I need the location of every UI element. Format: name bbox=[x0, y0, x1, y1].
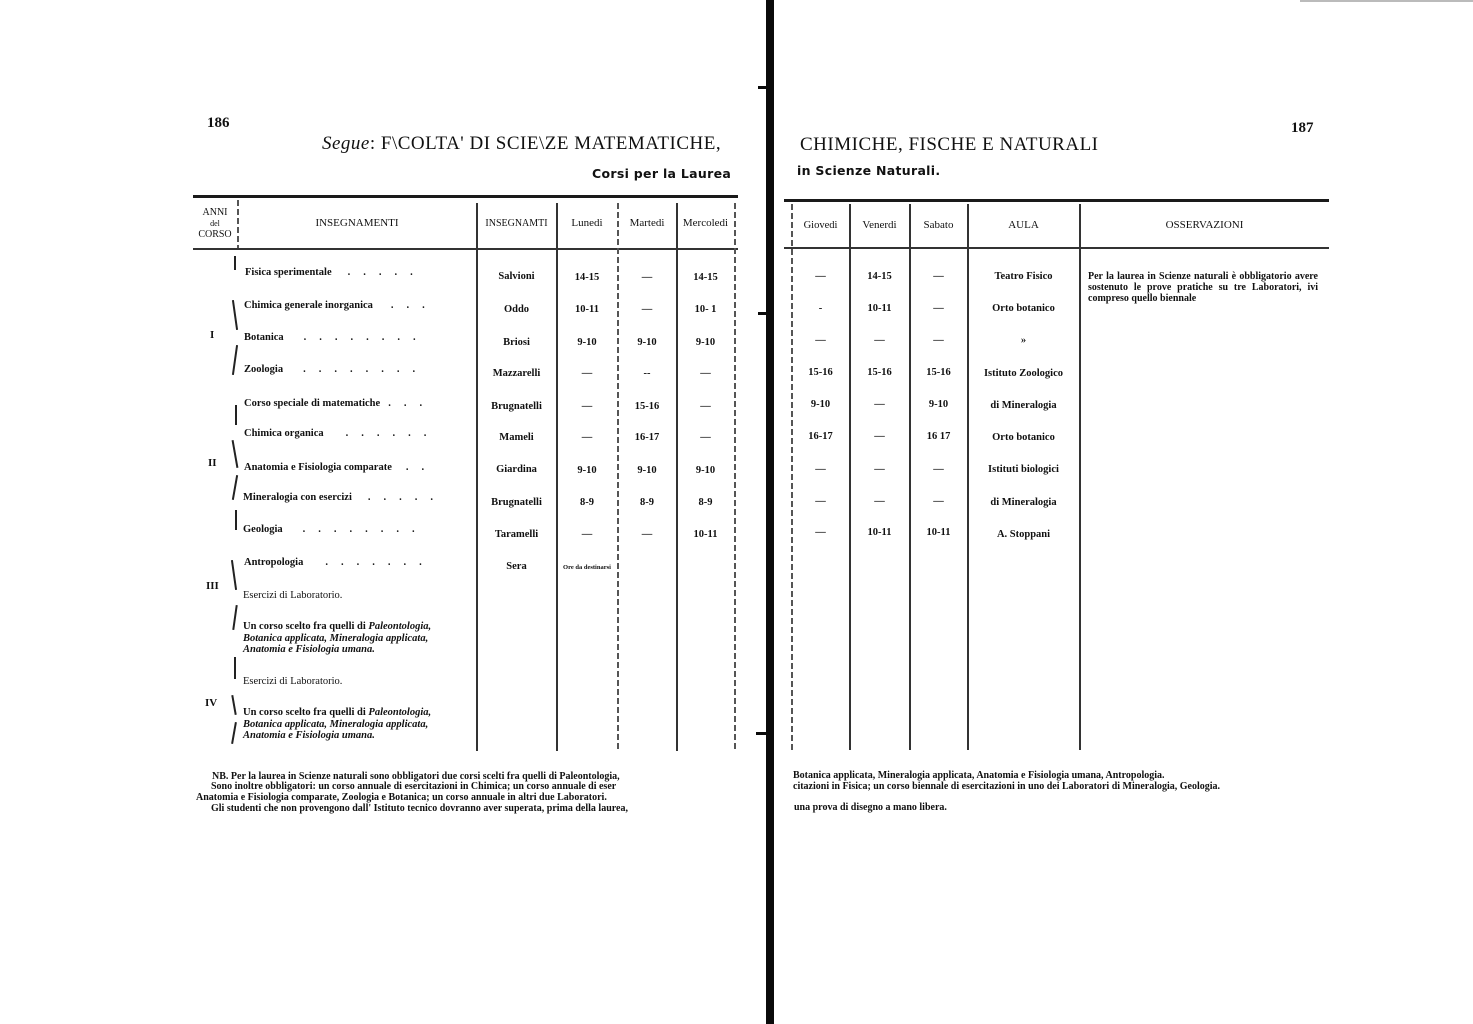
lunedi-cell: — bbox=[557, 432, 617, 443]
venerdi-cell: — bbox=[850, 496, 909, 507]
mercoledi-cell: — bbox=[677, 432, 734, 443]
col-divider bbox=[617, 203, 619, 751]
elective-line: Un corso scelto fra quelli di Paleontolo… bbox=[243, 621, 431, 633]
lunedi-cell: 9-10 bbox=[557, 465, 617, 476]
venerdi-cell: 10-11 bbox=[850, 527, 909, 538]
aula-cell: A. Stoppani bbox=[968, 529, 1079, 540]
giovedi-cell: - bbox=[792, 303, 849, 314]
elective-line: Anatomia e Fisiologia umana. bbox=[243, 644, 431, 656]
course-label: Corso speciale di matematiche bbox=[244, 398, 380, 409]
brace-mark bbox=[232, 300, 238, 330]
col-divider bbox=[909, 204, 911, 750]
book-spine bbox=[766, 0, 774, 1024]
lab-exercises-iv: Esercizi di Laboratorio. bbox=[243, 676, 342, 687]
giovedi-cell: — bbox=[792, 527, 849, 538]
aula-cell: Orto botanico bbox=[968, 303, 1079, 314]
spine-mark bbox=[756, 732, 766, 735]
header-bottom-rule bbox=[193, 248, 738, 250]
sabato-cell: 16 17 bbox=[910, 431, 967, 442]
col-divider bbox=[676, 203, 678, 751]
title-italic: Segue bbox=[322, 133, 370, 154]
martedi-cell: 15-16 bbox=[618, 401, 676, 412]
elective-text: Un corso scelto fra quelli di bbox=[243, 621, 368, 632]
lunedi-cell: 14-15 bbox=[557, 272, 617, 283]
leader-dots: ..... bbox=[368, 492, 446, 503]
mercoledi-cell: 10-11 bbox=[677, 529, 734, 540]
sabato-cell: — bbox=[910, 464, 967, 475]
mercoledi-cell: 9-10 bbox=[677, 465, 734, 476]
course-name: Mineralogia con esercizi..... bbox=[243, 492, 446, 503]
sabato-cell: 10-11 bbox=[910, 527, 967, 538]
header-anni-line2: del bbox=[210, 218, 220, 229]
sabato-cell: — bbox=[910, 303, 967, 314]
brace-mark bbox=[234, 256, 236, 270]
header-mercoledi: Mercoledi bbox=[677, 200, 734, 246]
year-label-iv: IV bbox=[205, 697, 217, 709]
brace-mark bbox=[231, 722, 237, 744]
course-name: Zoologia........ bbox=[244, 364, 428, 375]
mercoledi-cell: — bbox=[677, 401, 734, 412]
sabato-cell: — bbox=[910, 271, 967, 282]
header-lunedi: Lunedi bbox=[557, 200, 617, 246]
mercoledi-cell: 8-9 bbox=[677, 497, 734, 508]
elective-italic: Botanica applicata, Mineralogia applicat… bbox=[243, 633, 428, 644]
leader-dots: ....... bbox=[325, 557, 434, 568]
course-label: Fisica sperimentale bbox=[245, 267, 332, 278]
brace-mark bbox=[231, 695, 236, 715]
martedi-cell: — bbox=[618, 529, 676, 540]
header-aula: AULA bbox=[968, 204, 1079, 246]
teacher-cell: Mazzarelli bbox=[477, 368, 556, 379]
brace-mark bbox=[232, 345, 238, 375]
leader-dots: ... bbox=[391, 300, 438, 311]
lunedi-cell: 8-9 bbox=[557, 497, 617, 508]
mercoledi-cell: 14-15 bbox=[677, 272, 734, 283]
table-top-rule bbox=[193, 195, 738, 198]
footnote-right-line1: Botanica applicata, Mineralogia applicat… bbox=[793, 770, 1165, 781]
lunedi-cell: Ore da destinarsi bbox=[557, 564, 617, 571]
subtitle-left: Corsi per la Laurea bbox=[592, 166, 731, 181]
header-osservazioni: OSSERVAZIONI bbox=[1080, 204, 1329, 246]
course-name: Antropologia....... bbox=[244, 557, 435, 568]
leader-dots: ..... bbox=[348, 267, 426, 278]
lunedi-cell: 10-11 bbox=[557, 304, 617, 315]
scan-edge bbox=[1300, 0, 1473, 2]
page-number-right: 187 bbox=[1291, 120, 1314, 137]
brace-mark bbox=[235, 405, 237, 425]
teacher-cell: Mameli bbox=[477, 432, 556, 443]
year-label-i: I bbox=[210, 329, 214, 341]
elective-course-iv: Un corso scelto fra quelli di Paleontolo… bbox=[243, 707, 431, 742]
year-label-ii: II bbox=[208, 457, 217, 469]
col-divider bbox=[556, 203, 558, 751]
spine-mark bbox=[758, 86, 768, 89]
elective-line: Anatomia e Fisiologia umana. bbox=[243, 730, 431, 742]
venerdi-cell: 10-11 bbox=[850, 303, 909, 314]
brace-mark bbox=[232, 605, 237, 630]
teacher-cell: Brugnatelli bbox=[477, 401, 556, 412]
header-sabato: Sabato bbox=[910, 204, 967, 246]
header-bottom-rule bbox=[784, 247, 1329, 249]
aula-cell: di Mineralogia bbox=[968, 497, 1079, 508]
header-anni-del-corso: ANNI del CORSO bbox=[193, 200, 237, 246]
venerdi-cell: — bbox=[850, 464, 909, 475]
giovedi-cell: — bbox=[792, 271, 849, 282]
martedi-cell: — bbox=[618, 304, 676, 315]
giovedi-cell: 16-17 bbox=[792, 431, 849, 442]
elective-italic: Anatomia e Fisiologia umana. bbox=[243, 644, 375, 655]
venerdi-cell: 14-15 bbox=[850, 271, 909, 282]
elective-line: Botanica applicata, Mineralogia applicat… bbox=[243, 633, 431, 645]
brace-mark bbox=[234, 657, 236, 679]
course-label: Mineralogia con esercizi bbox=[243, 492, 352, 503]
elective-course-iii: Un corso scelto fra quelli di Paleontolo… bbox=[243, 621, 431, 656]
teacher-cell: Salvioni bbox=[477, 271, 556, 282]
elective-italic: Anatomia e Fisiologia umana. bbox=[243, 730, 375, 741]
course-name: Geologia........ bbox=[243, 524, 428, 535]
course-name: Botanica........ bbox=[244, 332, 429, 343]
course-name: Chimica generale inorganica... bbox=[244, 300, 438, 311]
course-label: Zoologia bbox=[244, 364, 283, 375]
course-label: Botanica bbox=[244, 332, 284, 343]
mercoledi-cell: 10- 1 bbox=[677, 304, 734, 315]
venerdi-cell: 15-16 bbox=[850, 367, 909, 378]
giovedi-cell: 15-16 bbox=[792, 367, 849, 378]
elective-italic: Botanica applicata, Mineralogia applicat… bbox=[243, 719, 428, 730]
header-venerdi: Venerdi bbox=[850, 204, 909, 246]
teacher-cell: Taramelli bbox=[477, 529, 556, 540]
footnote-left-line3: Anatomia e Fisiologia comparate, Zoologi… bbox=[196, 792, 607, 803]
aula-cell: Istituti biologici bbox=[968, 464, 1079, 475]
teacher-cell: Oddo bbox=[477, 304, 556, 315]
mercoledi-cell: 9-10 bbox=[677, 337, 734, 348]
leader-dots: ........ bbox=[304, 332, 429, 343]
mercoledi-cell: — bbox=[677, 368, 734, 379]
brace-mark bbox=[232, 440, 239, 468]
sabato-cell: 15-16 bbox=[910, 367, 967, 378]
footnote-right-line3: una prova di disegno a mano libera. bbox=[794, 802, 947, 813]
martedi-cell: 16-17 bbox=[618, 432, 676, 443]
giovedi-cell: — bbox=[792, 496, 849, 507]
martedi-cell: 8-9 bbox=[618, 497, 676, 508]
footnote-right-line2: citazioni in Fisica; un corso biennale d… bbox=[793, 781, 1220, 792]
leader-dots: ........ bbox=[303, 524, 428, 535]
lunedi-cell: 9-10 bbox=[557, 337, 617, 348]
sabato-cell: — bbox=[910, 335, 967, 346]
venerdi-cell: — bbox=[850, 399, 909, 410]
aula-cell: Istituto Zoologico bbox=[968, 368, 1079, 379]
lunedi-cell: — bbox=[557, 401, 617, 412]
aula-cell: » bbox=[968, 335, 1079, 346]
brace-mark bbox=[232, 475, 238, 500]
sabato-cell: 9-10 bbox=[910, 399, 967, 410]
course-name: Corso speciale di matematiche... bbox=[244, 398, 435, 409]
page-title-right: CHIMICHE, FISCHE E NATURALI bbox=[800, 134, 1099, 156]
giovedi-cell: — bbox=[792, 335, 849, 346]
martedi-cell: 9-10 bbox=[618, 465, 676, 476]
sabato-cell: — bbox=[910, 496, 967, 507]
header-anni-line3: CORSO bbox=[198, 229, 231, 240]
teacher-cell: Sera bbox=[477, 561, 556, 572]
header-insegnanti: INSEGNAMTI bbox=[477, 200, 556, 246]
course-name: Fisica sperimentale..... bbox=[245, 267, 426, 278]
course-name: Chimica organica...... bbox=[244, 428, 439, 439]
elective-text: Un corso scelto fra quelli di bbox=[243, 707, 368, 718]
table-top-rule bbox=[784, 199, 1329, 202]
footnote-left-line4: Gli studenti che non provengono dall' Is… bbox=[211, 803, 628, 814]
course-label: Antropologia bbox=[244, 557, 303, 568]
aula-cell: di Mineralogia bbox=[968, 400, 1079, 411]
giovedi-cell: 9-10 bbox=[792, 399, 849, 410]
leader-dots: ...... bbox=[346, 428, 440, 439]
page-title-left: Segue: F\COLTA' DI SCIE\ZE MATEMATICHE, bbox=[322, 133, 721, 155]
col-divider bbox=[1079, 204, 1081, 750]
col-divider bbox=[476, 203, 478, 751]
title-rest: : F\COLTA' DI SCIE\ZE MATEMATICHE, bbox=[370, 133, 721, 154]
course-label: Geologia bbox=[243, 524, 283, 535]
martedi-cell: — bbox=[618, 272, 676, 283]
teacher-cell: Briosi bbox=[477, 337, 556, 348]
lab-exercises-iii: Esercizi di Laboratorio. bbox=[243, 590, 342, 601]
header-insegnamenti: INSEGNAMENTI bbox=[238, 200, 476, 246]
venerdi-cell: — bbox=[850, 335, 909, 346]
martedi-cell: -- bbox=[618, 368, 676, 379]
leader-dots: .. bbox=[406, 462, 437, 473]
martedi-cell: 9-10 bbox=[618, 337, 676, 348]
header-anni-line1: ANNI bbox=[203, 207, 228, 218]
brace-mark bbox=[235, 510, 237, 530]
col-divider bbox=[734, 203, 736, 751]
course-label: Anatomia e Fisiologia comparate bbox=[244, 462, 392, 473]
col-divider bbox=[849, 204, 851, 750]
giovedi-cell: — bbox=[792, 464, 849, 475]
aula-cell: Teatro Fisico bbox=[968, 271, 1079, 282]
aula-cell: Orto botanico bbox=[968, 432, 1079, 443]
elective-line: Un corso scelto fra quelli di Paleontolo… bbox=[243, 707, 431, 719]
observation-note: Per la laurea in Scienze naturali è obbl… bbox=[1088, 271, 1318, 304]
teacher-cell: Giardina bbox=[477, 464, 556, 475]
elective-line: Botanica applicata, Mineralogia applicat… bbox=[243, 719, 431, 731]
spine-mark bbox=[758, 312, 768, 315]
year-label-iii: III bbox=[206, 580, 219, 592]
page-number-left: 186 bbox=[207, 115, 230, 132]
col-divider bbox=[791, 204, 793, 750]
elective-italic: Paleontologia, bbox=[368, 621, 431, 632]
header-giovedi: Giovedi bbox=[792, 204, 849, 246]
leader-dots: ... bbox=[388, 398, 435, 409]
venerdi-cell: — bbox=[850, 431, 909, 442]
lunedi-cell: — bbox=[557, 529, 617, 540]
leader-dots: ........ bbox=[303, 364, 428, 375]
subtitle-right: in Scienze Naturali. bbox=[797, 163, 940, 178]
lunedi-cell: — bbox=[557, 368, 617, 379]
elective-italic: Paleontologia, bbox=[368, 707, 431, 718]
footnote-left-line2: Sono inoltre obbligatori: un corso annua… bbox=[211, 781, 616, 792]
teacher-cell: Brugnatelli bbox=[477, 497, 556, 508]
course-label: Chimica organica bbox=[244, 428, 324, 439]
col-divider bbox=[967, 204, 969, 750]
course-label: Chimica generale inorganica bbox=[244, 300, 373, 311]
brace-mark bbox=[231, 560, 237, 590]
header-martedi: Martedi bbox=[618, 200, 676, 246]
course-name: Anatomia e Fisiologia comparate.. bbox=[244, 462, 437, 473]
